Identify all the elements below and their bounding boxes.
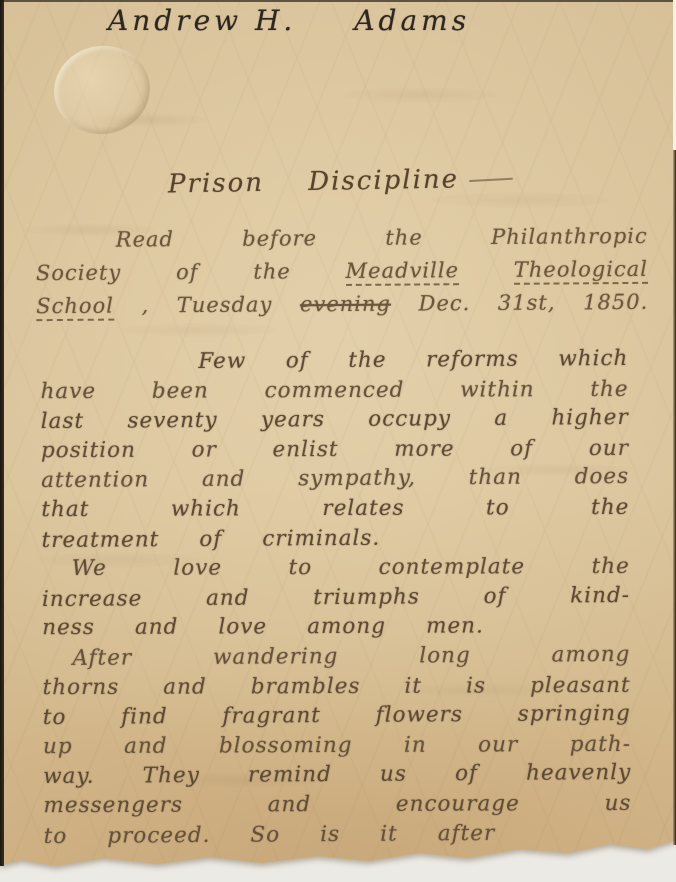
manuscript-line: messengers and encourage us: [43, 791, 631, 823]
manuscript-line: position or enlist more of our: [41, 436, 629, 468]
manuscript-line: thorns and brambles it is pleasant: [43, 672, 631, 704]
heading-line-1-text: Read before the Philanthropic: [116, 224, 648, 252]
school-name-part-1: Meadville: [346, 258, 460, 286]
manuscript-line: way. They remind us of heavenly: [43, 760, 631, 794]
heading-line-2-prefix: Society of the: [36, 259, 291, 285]
manuscript-line: up and blossoming in our path-: [43, 732, 631, 764]
manuscript-body: Few of the reforms which have been comme…: [40, 346, 631, 853]
heading-line-2: Society of the Meadville Theological: [36, 257, 648, 294]
author-inscription: Andrew H. Adams: [108, 4, 470, 37]
manuscript-line: to find fragrant flowers springing: [43, 701, 631, 735]
manuscript-line: After wandering long among: [42, 642, 630, 676]
title-text: Prison Discipline: [168, 164, 460, 199]
manuscript-line: We love to contemplate the: [42, 554, 630, 586]
author-last-name: Adams: [354, 4, 470, 37]
school-word: School: [36, 294, 114, 322]
paper-sheet: Andrew H. Adams Prison Discipline Read b…: [0, 0, 676, 882]
manuscript-line: have been commenced within the: [40, 376, 628, 408]
manuscript-line: that which relates to the: [41, 495, 629, 527]
paper-shadow-wrap: Andrew H. Adams Prison Discipline Read b…: [0, 0, 676, 882]
author-first-name: Andrew H.: [108, 4, 296, 37]
heading-date: Dec. 31st, 1850.: [418, 290, 648, 316]
manuscript-heading: Read before the Philanthropic Society of…: [36, 224, 649, 327]
manuscript-line: to proceed. So is it after: [44, 819, 632, 853]
scan-edge-top: [0, 0, 676, 2]
manuscript-line: last seventy years occupy a higher: [41, 405, 629, 439]
scan-edge-left: [0, 0, 4, 866]
scanned-manuscript-page: Andrew H. Adams Prison Discipline Read b…: [0, 0, 676, 882]
heading-line-1: Read before the Philanthropic: [36, 224, 648, 261]
manuscript-line: treatment of criminals.: [41, 524, 629, 558]
struck-word: evening: [300, 292, 391, 317]
manuscript-line: ness and love among men.: [42, 613, 630, 645]
manuscript-line: increase and triumphs of kind-: [42, 583, 630, 617]
manuscript-line: Few of the reforms which: [40, 346, 628, 380]
heading-day: , Tuesday: [141, 292, 272, 317]
embossed-seal: [47, 38, 157, 141]
pen-flourish: [469, 178, 513, 182]
school-name-part-2: Theological: [514, 257, 648, 285]
manuscript-line: attention and sympathy, than does: [41, 464, 629, 498]
heading-line-3: School , Tuesday evening Dec. 31st, 1850…: [36, 290, 648, 327]
manuscript-title: Prison Discipline: [168, 163, 568, 200]
